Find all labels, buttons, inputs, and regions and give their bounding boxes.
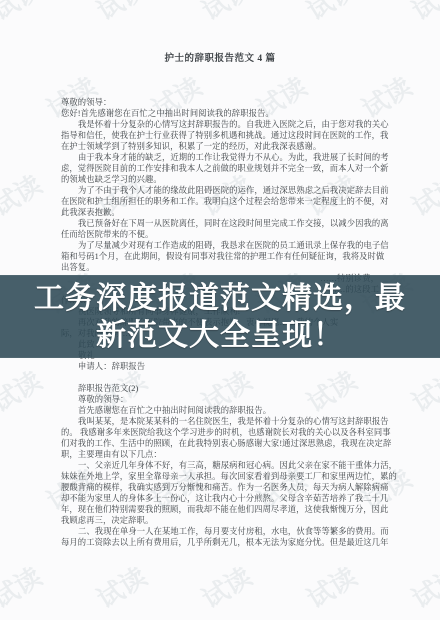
text-line: 此我深表抱歉。 [61, 207, 379, 218]
text-line: 二、我现在单身一人在某地工作，每月要支付房租，水电，伙食等等繁多的费用。而 [61, 526, 379, 537]
text-line: 一、父亲近几年身体不好，有三高，糖尿病和冠心病。因此父亲在家不能干重体力活， [61, 460, 379, 471]
text-line: 的领域也缺乏学习的兴趣。 [61, 174, 379, 185]
text-line: 箱和号码1个月，在此期间，假设有同事对我往常的护理工作有任何疑征询，我将及时做 [61, 251, 379, 262]
text-line: 首先感谢您在百忙之中抽出时间阅读我的辞职报告。 [61, 405, 379, 416]
watermark-text: 试读 [0, 557, 48, 616]
text-line: 在医院和护士组所担任的职务和工作。我明白这个过程会给您带来一定程度上的不便，对 [61, 196, 379, 207]
scanned-document-photo: 试读试读试读试读试读试读试读试读试读试读试读试读试读试读试读试读试读试读试读试读… [0, 0, 440, 620]
text-line: 由于我本身才能的缺乏，近期的工作让我觉得力不从心。为此，我进展了长时间的考 [61, 152, 379, 163]
text-line: 妹妹在外地上学，家里全靠母亲一人承担。每次回家看着到母亲要工厂和家里两边忙，累的 [61, 471, 379, 482]
text-line: 却不能为家里人的身体多上一份心，这让我内心十分煎熬。父母含辛茹苦培养了我二十几 [61, 493, 379, 504]
watermark-text: 试读 [194, 557, 258, 616]
text-line: 任而给医院带来的不便。 [61, 229, 379, 240]
text-line: 每月的工资除去以上所有费用后，几乎所剩无几，根本无法为家庭分忧。但是最近这几年 [61, 537, 379, 548]
text-line: 为了尽量减少对现有工作造成的阻碍，我恳求在医院的员工通讯录上保存我的电子信 [61, 240, 379, 251]
text-line: 我顾虑再三，决定辞职。 [61, 515, 379, 526]
doc2-text-block: 敬礼申请人：辞职报告辞职报告范文(2)尊敬的领导：首先感谢您在百忙之中抽出时间阅… [61, 350, 379, 548]
watermark-text: 试读 [404, 557, 440, 616]
text-line: 们对我的工作、生活中的照顾，在此我特别衷心肠感谢大家!通过深思熟虑，我现在决定辞 [61, 438, 379, 449]
watermark-text: 试读 [89, 557, 153, 616]
text-line: 为了不由于我个人才能的缘故此阻碍医院的运作，通过深思熟虑之后我决定辞去目前 [61, 185, 379, 196]
promo-banner-overlay: 工务深度报道范文精选，最 新范文大全呈现！ [0, 275, 440, 358]
text-line: 申请人：辞职报告 [61, 361, 379, 372]
text-line: 的。 我感谢多年来医院给我这个学习进步的时机，也感谢院长对我的关心以及各科室同事 [61, 427, 379, 438]
watermark-text: 试读 [299, 557, 363, 616]
text-line: 指导和信任，使我在护士行业获得了特别多机遇和挑战。通过这段时间在医院的工作，我 [61, 130, 379, 141]
text-line: 在护士领域学到了特别多知识，积累了一定的经历，对此我深表感谢。 [61, 141, 379, 152]
text-line: 尊敬的领导： [61, 97, 379, 108]
banner-text-line1: 工务深度报道范文精选，最 [34, 280, 406, 317]
banner-text-line2: 新范文大全呈现！ [96, 317, 344, 354]
text-line: 辞职报告范文(2) [61, 383, 379, 394]
text-line: 职，主要理由有以下几点： [61, 449, 379, 460]
text-line: 我叫某某，是本院某某科的一名住院医生，我是怀着十分复杂的心情写这封辞职报告 [61, 416, 379, 427]
doc1-text-block: 尊敬的领导：您好!首先感谢您在百忙之中抽出时间阅读我的辞职报告。我是怀着十分复杂… [61, 97, 379, 273]
text-line: 您好!首先感谢您在百忙之中抽出时间阅读我的辞职报告。 [61, 108, 379, 119]
text-line: 虑，觉得医院目前的工作安排和我本人之前做的职业规划并不完全一致，而本人对一个新 [61, 163, 379, 174]
text-line: 我是怀着十分复杂的心情写这封辞职报告的。自我进入医院之后，由于您对我的关心 [61, 119, 379, 130]
text-line: 出答复。 [61, 262, 379, 273]
text-line: 腰酸背痛的模样，我确实感到万分惭愧和痛苦。作为一名医务人员，每天为病人解除病痛 [61, 482, 379, 493]
text-line: 年，现在他们特别需要我的照顾，而我却不能在他们四周尽孝道，这使我惭愧万分，因此 [61, 504, 379, 515]
text-line: 尊敬的领导： [61, 394, 379, 405]
document-body: 护士的辞职报告范文 4 篇 尊敬的领导：您好!首先感谢您在百忙之中抽出时间阅读我… [0, 0, 440, 548]
text-line: 我已预备好在下周一从医院离任，同时在这段时间里完成工作交接，以减少因我的离 [61, 218, 379, 229]
document-title: 护士的辞职报告范文 4 篇 [61, 53, 379, 66]
